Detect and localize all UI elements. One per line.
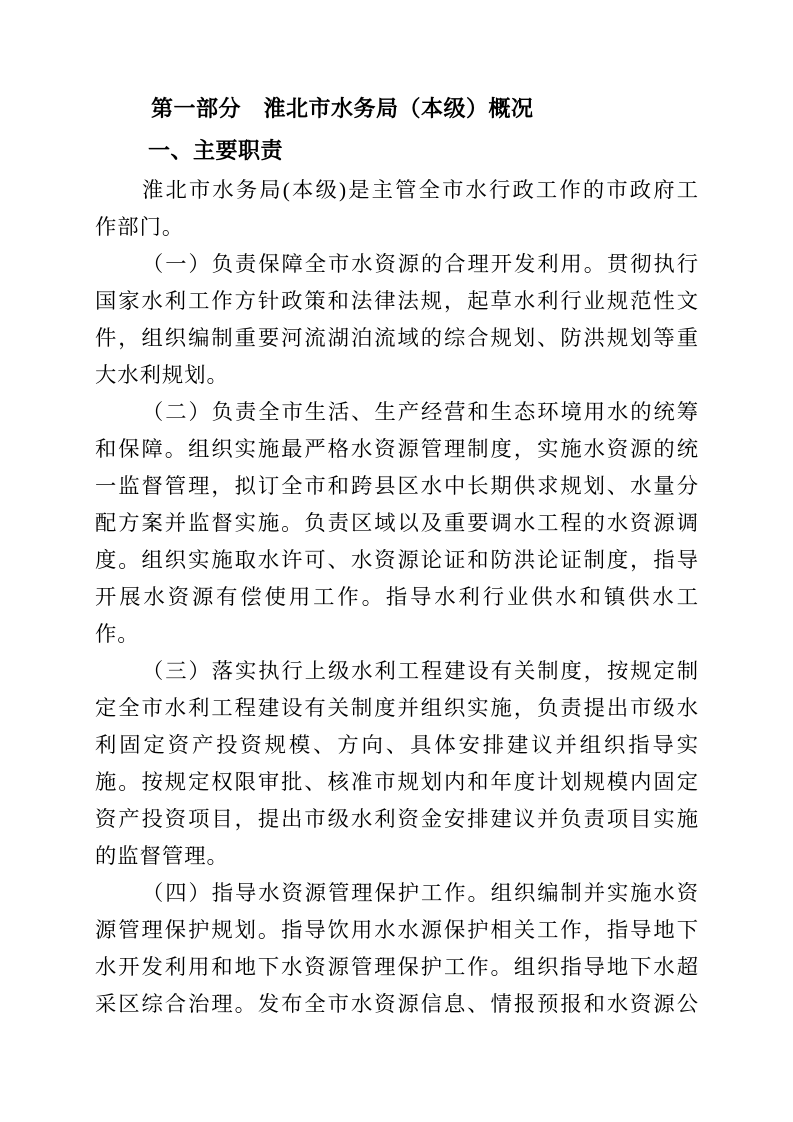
document-page: 第一部分 淮北市水务局（本级）概况 一、主要职责 淮北市水务局(本级)是主管全市… [0, 0, 793, 1122]
text-line: 度。组织实施取水许可、水资源论证和防洪论证制度，指导 [95, 542, 699, 579]
text-line: 配方案并监督实施。负责区域以及重要调水工程的水资源调 [95, 505, 699, 542]
text-line: 水开发利用和地下水资源管理保护工作。组织指导地下水超 [95, 949, 699, 986]
text-line: 和保障。组织实施最严格水资源管理制度，实施水资源的统 [95, 431, 699, 468]
text-line: 件，组织编制重要河流湖泊流域的综合规划、防洪规划等重 [95, 320, 699, 357]
text-line: 施。按规定权限审批、核准市规划内和年度计划规模内固定 [95, 764, 699, 801]
text-line: 定全市水利工程建设有关制度并组织实施，负责提出市级水 [95, 690, 699, 727]
document-body: 淮北市水务局(本级)是主管全市水行政工作的市政府工作部门。（一）负责保障全市水资… [95, 172, 699, 1023]
text-line: 采区综合治理。发布全市水资源信息、情报预报和水资源公 [95, 986, 699, 1023]
text-line: （一）负责保障全市水资源的合理开发利用。贯彻执行 [95, 246, 699, 283]
text-line: （二）负责全市生活、生产经营和生态环境用水的统筹 [95, 394, 699, 431]
text-line: 利固定资产投资规模、方向、具体安排建议并组织指导实 [95, 727, 699, 764]
text-line: 的监督管理。 [95, 838, 699, 875]
document-content: 第一部分 淮北市水务局（本级）概况 一、主要职责 淮北市水务局(本级)是主管全市… [95, 88, 699, 1023]
section-heading: 一、主要职责 [95, 130, 699, 172]
document-title: 第一部分 淮北市水务局（本级）概况 [95, 88, 699, 130]
text-line: 一监督管理，拟订全市和跨县区水中长期供求规划、水量分 [95, 468, 699, 505]
text-line: 淮北市水务局(本级)是主管全市水行政工作的市政府工 [95, 172, 699, 209]
text-line: 大水利规划。 [95, 357, 699, 394]
text-line: （三）落实执行上级水利工程建设有关制度，按规定制 [95, 653, 699, 690]
text-line: （四）指导水资源管理保护工作。组织编制并实施水资 [95, 875, 699, 912]
text-line: 开展水资源有偿使用工作。指导水利行业供水和镇供水工 [95, 579, 699, 616]
text-line: 作。 [95, 616, 699, 653]
text-line: 资产投资项目，提出市级水利资金安排建议并负责项目实施 [95, 801, 699, 838]
text-line: 国家水利工作方针政策和法律法规，起草水利行业规范性文 [95, 283, 699, 320]
text-line: 源管理保护规划。指导饮用水水源保护相关工作，指导地下 [95, 912, 699, 949]
text-line: 作部门。 [95, 209, 699, 246]
